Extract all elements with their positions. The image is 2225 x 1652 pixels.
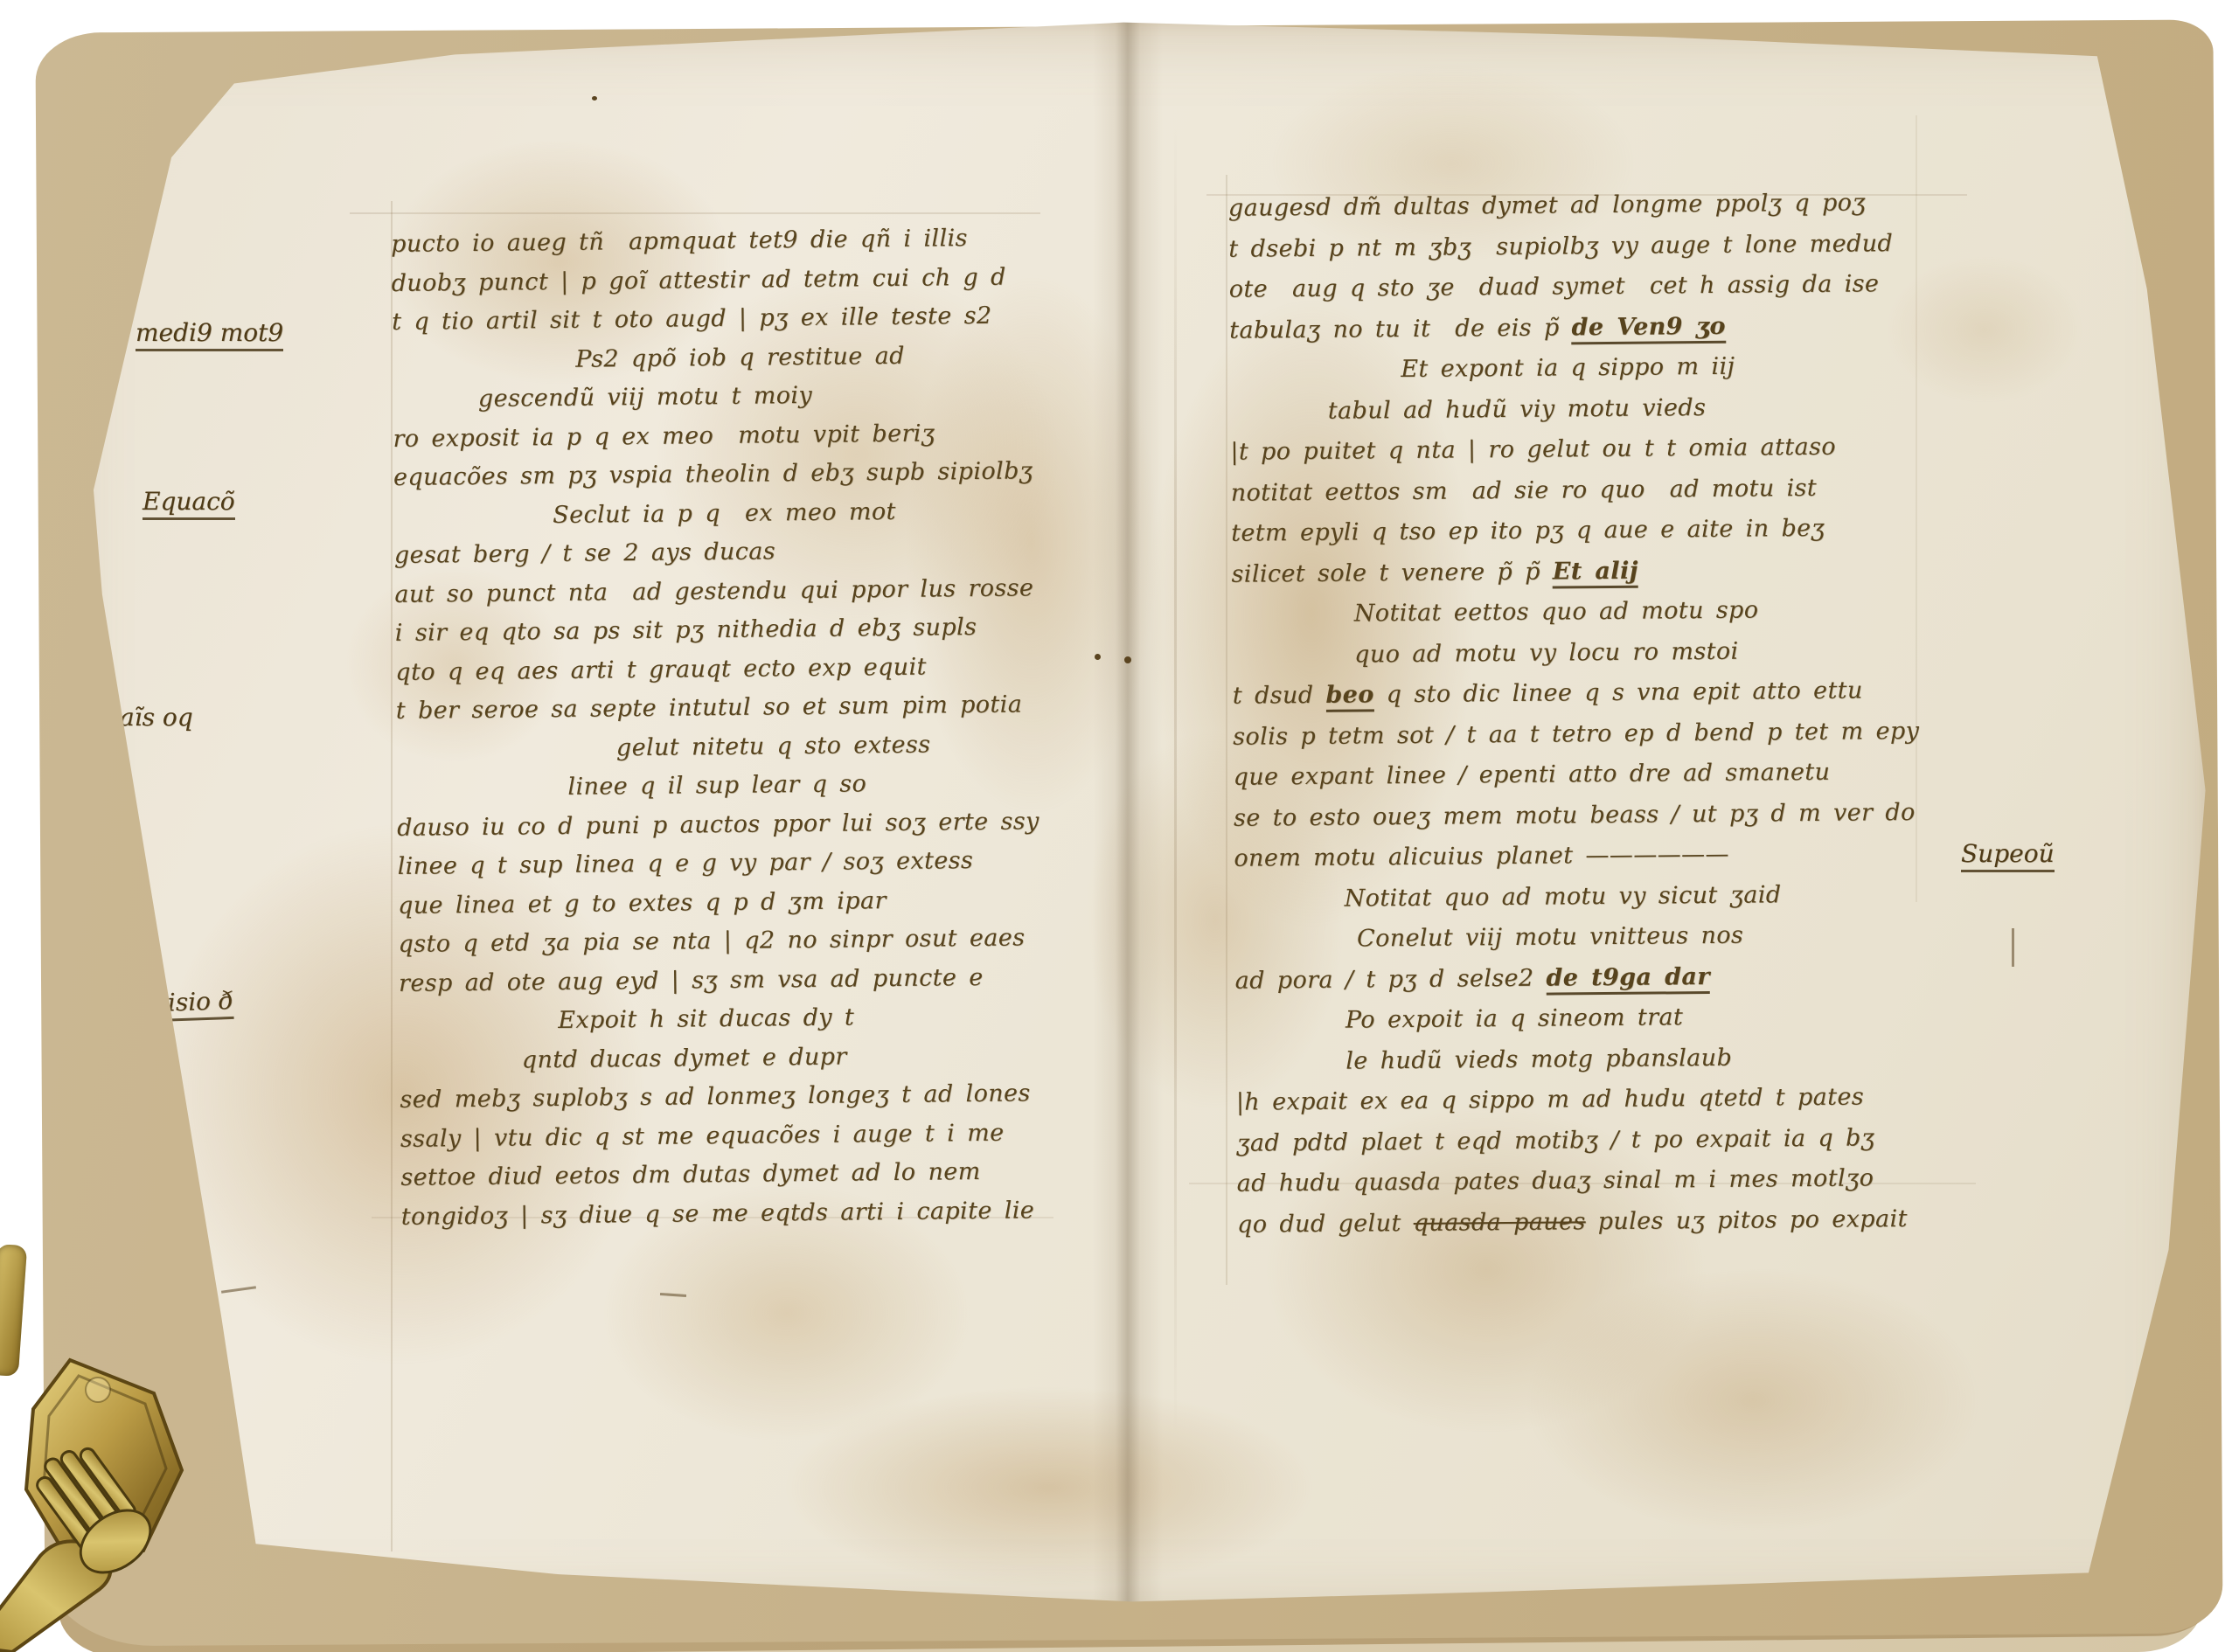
manuscript-line: se to esto oueʒ mem motu beass / ut pʒ d… <box>1234 792 1985 839</box>
gutter-fold-shadow <box>1093 19 1163 1626</box>
manuscript-line: gelut nitetu q sto extess <box>396 725 1052 770</box>
ink-speck <box>592 96 597 101</box>
open-book-spread: pucto io aueg tñ apmquat tet9 die qñ i i… <box>48 19 2212 1626</box>
ink-speck <box>1124 656 1131 663</box>
manuscript-line: ro exposit ia p q ex meo motu vpit beriʒ <box>393 413 1048 459</box>
ruled-line-left-top <box>350 212 1040 214</box>
left-page-text-block: pucto io aueg tñ apmquat tet9 die qñ i i… <box>391 219 1057 1237</box>
manuscript-line: Conelut viij motu vnitteus nos <box>1234 913 1986 961</box>
manuscript-line: t q tio artil sit t oto augd | pʒ ex ill… <box>392 296 1047 342</box>
manuscript-line: gescendũ viij motu t moiy <box>393 374 1048 420</box>
manuscript-line: Notitat quo ad motu vy sicut ʒaid <box>1234 873 1986 920</box>
manuscript-line: linee q t sup linea q e g vy par / soʒ e… <box>397 841 1053 886</box>
stray-pen-mark <box>221 1286 256 1294</box>
manuscript-line: tetm epyli q tso ep ito pʒ q aue e aite … <box>1231 507 1983 554</box>
manuscript-line: Notitat eettos quo ad motu spo <box>1232 588 1984 635</box>
manuscript-line: linee q il sup lear q so <box>396 763 1052 809</box>
manuscript-line: le hudũ vieds motg pbanslaub <box>1235 1036 1987 1083</box>
clasp-rivet <box>86 1378 110 1402</box>
manuscript-line: notitat eettos sm ad sie ro quo ad motu … <box>1231 467 1983 514</box>
manuscript-line: dauso iu co d puni p auctos ppor lui soʒ… <box>397 802 1053 848</box>
underlined-phrase: de Ven9 ʒo <box>1571 312 1726 344</box>
ruled-line-right-vertical <box>1226 175 1227 1285</box>
manuscript-line: que expant linee / epenti atto dre ad sm… <box>1233 751 1985 798</box>
manuscript-line: pucto io aueg tñ apmquat tet9 die qñ i i… <box>391 219 1046 264</box>
margin-note-superiorum: Supeoũ <box>1961 839 2055 872</box>
margin-tick-line <box>2012 928 2014 967</box>
stray-pen-mark <box>660 1293 686 1297</box>
manuscript-photo: { "colors": { "background": "#ffffff", "… <box>0 0 2225 1652</box>
underlined-phrase: de t9ga dar <box>1546 963 1710 996</box>
underlined-phrase: beo <box>1325 681 1374 711</box>
manuscript-line: resp ad ote aug eyd | sʒ sm vsa ad punct… <box>399 958 1054 1003</box>
underlined-phrase: Et alij <box>1553 557 1638 588</box>
manuscript-line: Ps2 qpõ iob q restitue ad <box>392 336 1047 381</box>
struck-phrase: quasda paues <box>1414 1208 1586 1237</box>
right-page-text-block: gaugesd dm̃ dultas dymet ad longme ppolʒ… <box>1228 182 1990 1245</box>
manuscript-line: que linea et g to extes q p d ʒm ipar <box>398 880 1053 926</box>
manuscript-line: quo ad motu vy locu ro mstoi <box>1232 629 1984 677</box>
ink-speck <box>1095 654 1101 660</box>
manuscript-line: Po expoit ia q sineom trat <box>1235 995 1987 1042</box>
manuscript-line: qto q eq aes arti t grauqt ecto exp equi… <box>395 647 1051 692</box>
manuscript-line: sed mebʒ suplobʒ s ad lonmeʒ longeʒ t ad… <box>400 1074 1055 1120</box>
manuscript-line: ote aug q sto ʒe duad symet cet h assig … <box>1229 263 1981 310</box>
manuscript-line: duobʒ punct | p goĩ attestir ad tetm cui… <box>391 258 1046 303</box>
page-crease <box>1174 124 1177 1435</box>
manuscript-line: silicet sole t venere p̃ p̃ Et alij <box>1231 548 1983 595</box>
manuscript-line: |t po puitet q nta | ro gelut ou t t omi… <box>1230 426 1982 473</box>
manuscript-line: tabulaʒ no tu it de eis p̃ de Ven9 ʒo <box>1229 304 1981 351</box>
manuscript-line: qo dud gelut quasda paues pules uʒ pitos… <box>1237 1198 1989 1246</box>
manuscript-line: ssaly | vtu dic q st me equacões i auge … <box>400 1114 1056 1159</box>
manuscript-line: |h expait ex ea q sippo m ad hudu qtetd … <box>1236 1076 1988 1123</box>
manuscript-line: qntd ducas dymet e dupr <box>400 1036 1055 1081</box>
manuscript-line: Et expont ia q sippo m iij <box>1229 344 1981 392</box>
manuscript-line: gaugesd dm̃ dultas dymet ad longme ppolʒ… <box>1228 182 1980 229</box>
manuscript-line: aut so punct nta ad gestendu qui ppor lu… <box>394 569 1050 614</box>
margin-note-medius-motus: medi9 mot9 <box>136 318 283 351</box>
manuscript-line: qsto q etd ʒa pia se nta | q2 no sinpr o… <box>398 919 1053 964</box>
manuscript-line: settoe diud eetos dm dutas dymet ad lo n… <box>400 1152 1056 1197</box>
manuscript-line: Expoit h sit ducas dy t <box>399 996 1054 1042</box>
manuscript-line: onem motu alicuius planet —————— <box>1234 832 1985 879</box>
margin-note-equatio: Equacõ <box>143 487 235 520</box>
manuscript-line: gesat berg / t se 2 ays ducas <box>394 530 1050 575</box>
manuscript-line: tabul ad hudũ viy motu vieds <box>1230 385 1982 433</box>
margin-note-arcus: aĩs oq <box>120 703 193 732</box>
manuscript-line: ad pora / t pʒ d selse2 de t9ga dar <box>1234 954 1986 1002</box>
brass-hand-clasp <box>0 1322 222 1652</box>
manuscript-line: i sir eq qto sa ps sit pʒ nithedia d ebʒ… <box>395 607 1051 653</box>
manuscript-line: t dsebi p nt m ʒbʒ supiolbʒ vy auge t lo… <box>1228 223 1980 270</box>
manuscript-line: ad hudu quasda pates duaʒ sinal m i mes … <box>1236 1157 1988 1204</box>
manuscript-line: ʒad pdtd plaet t eqd motibʒ / t po expai… <box>1236 1117 1988 1164</box>
manuscript-line: t dsud beo q sto dic linee q s vna epit … <box>1233 670 1985 717</box>
manuscript-line: solis p tetm sot / t aa t tetro ep d ben… <box>1233 711 1985 758</box>
manuscript-line: Seclut ia p q ex meo mot <box>393 491 1049 537</box>
manuscript-line: equacões sm pʒ vspia theolin d ebʒ supb … <box>393 452 1049 497</box>
manuscript-line: tongidoʒ | sʒ diue q se me eqtds arti i … <box>401 1191 1057 1237</box>
manuscript-line: t ber seroe sa septe intutul so et sum p… <box>396 685 1052 731</box>
